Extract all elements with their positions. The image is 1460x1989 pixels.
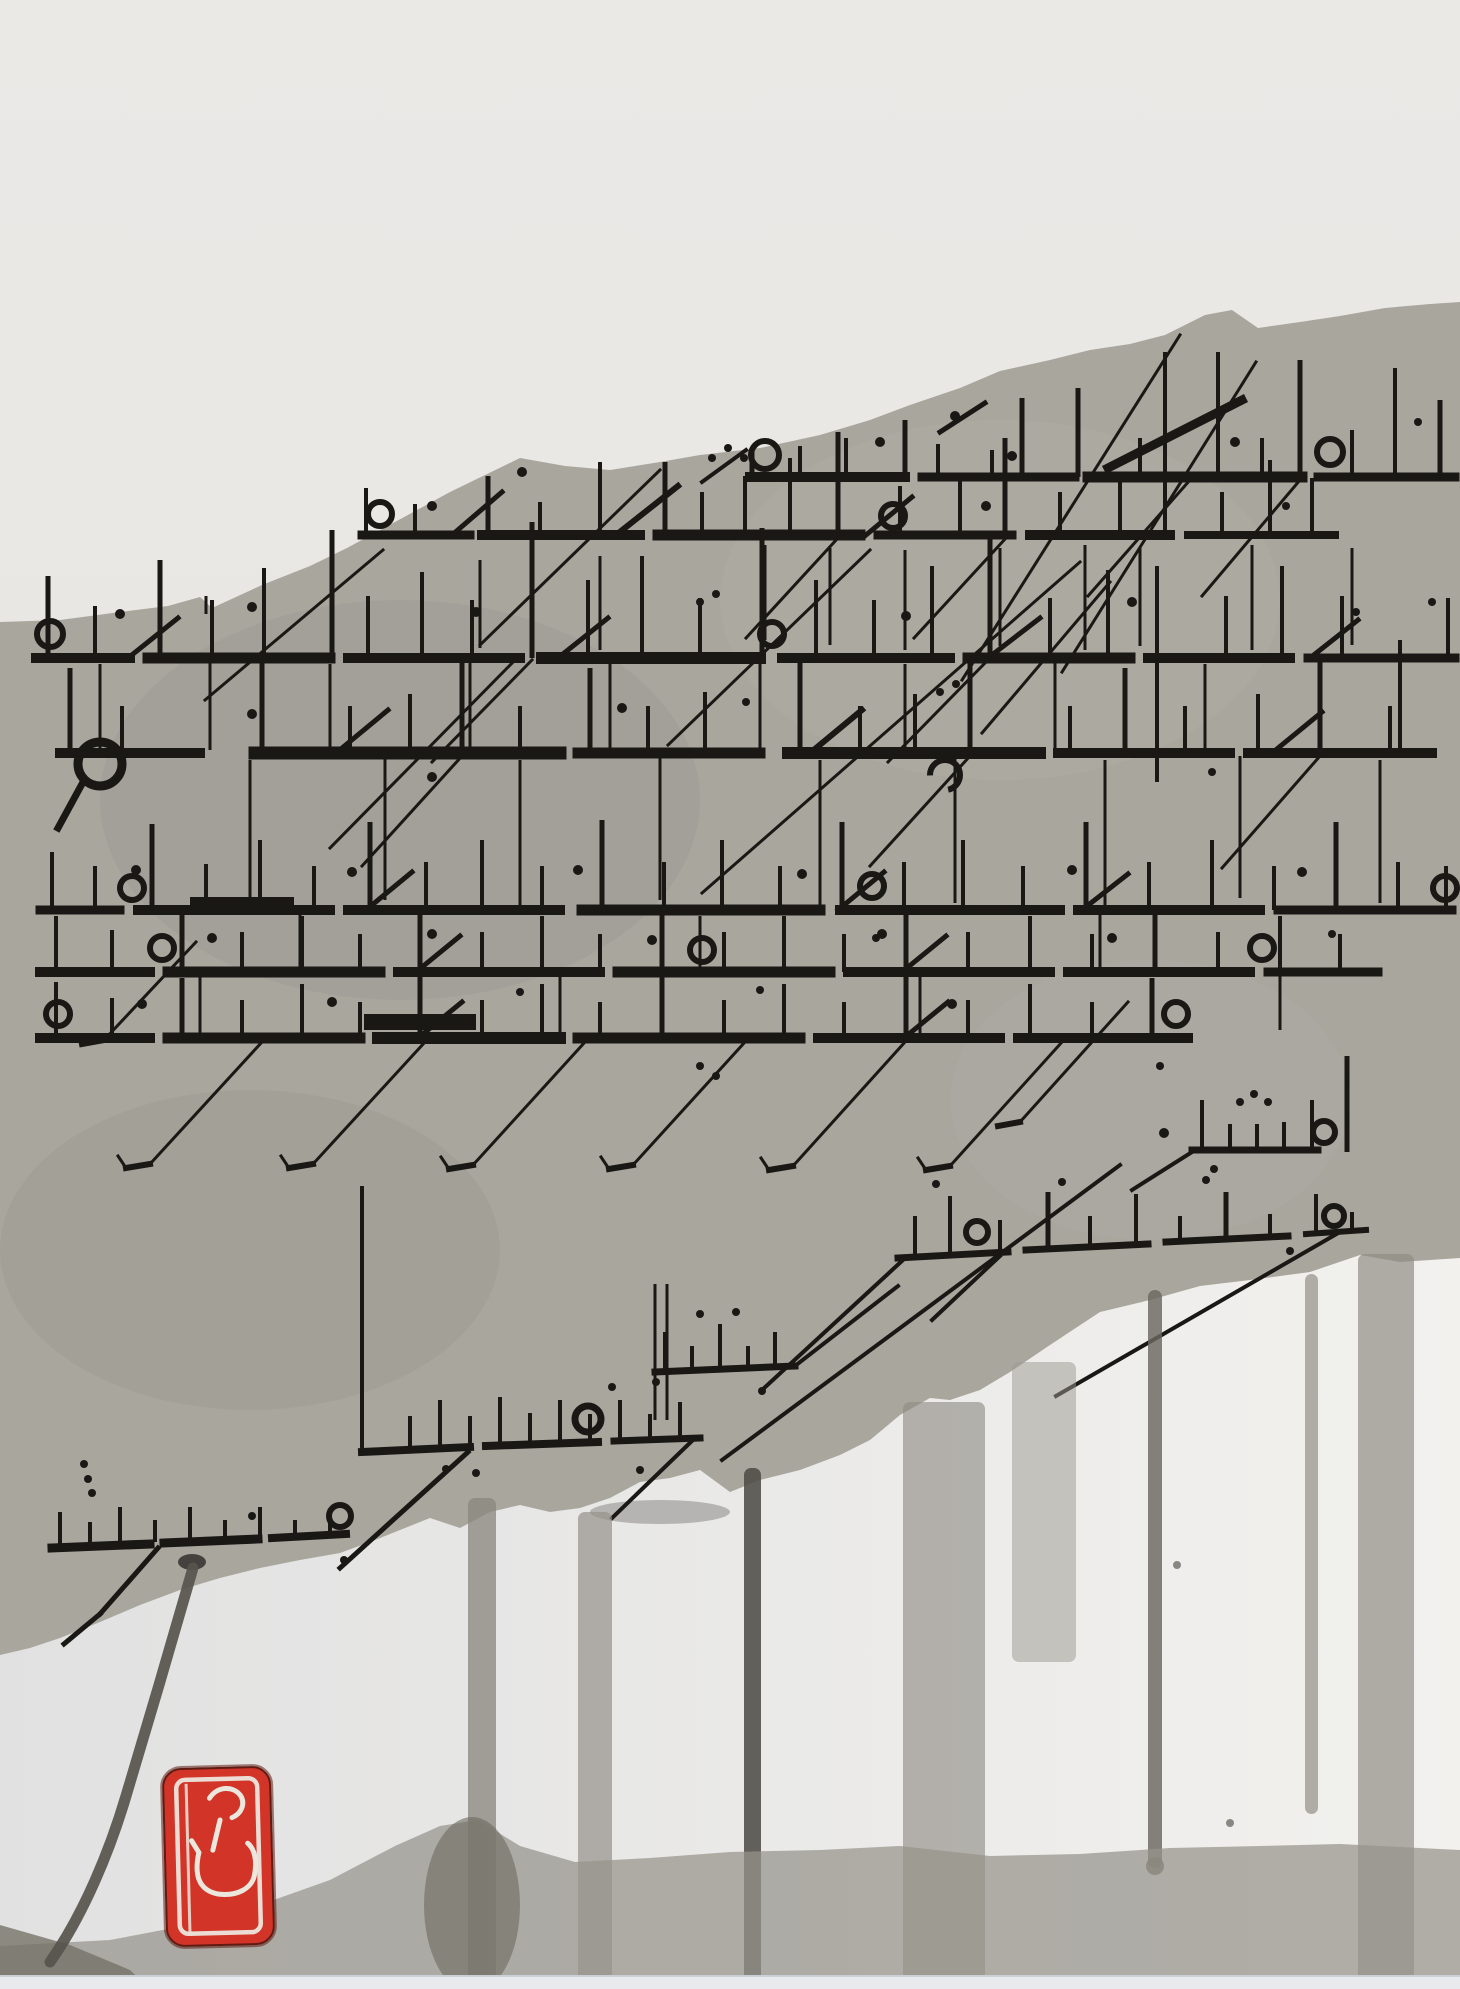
calligraphy-painting: [0, 0, 1460, 1989]
photo-bottom-edge: [0, 1976, 1460, 1989]
artwork-photo: [0, 0, 1460, 1989]
red-artist-seal: [161, 1765, 277, 1949]
